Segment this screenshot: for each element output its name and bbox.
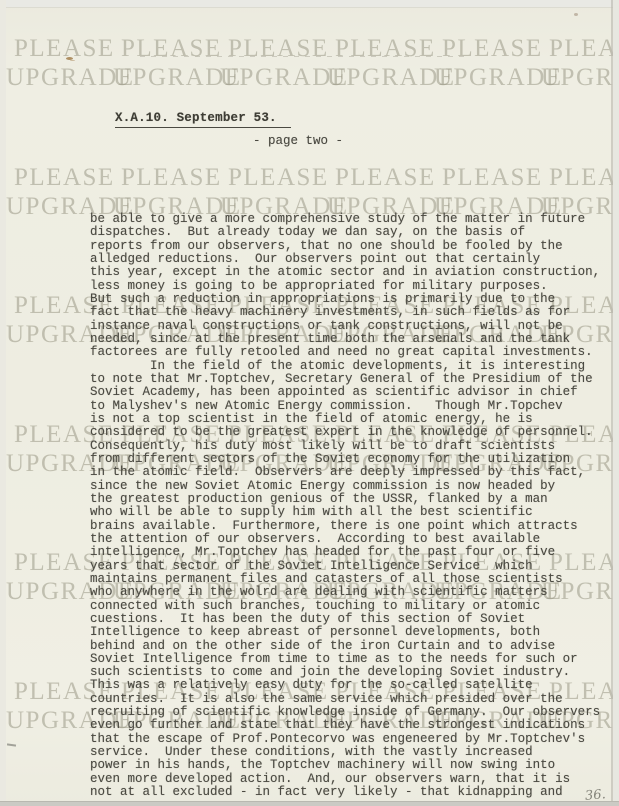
scan-edge-top bbox=[0, 0, 619, 8]
watermark-word-please: PLEASE bbox=[228, 36, 329, 61]
paper-stain bbox=[66, 57, 73, 60]
scan-edge-right bbox=[613, 0, 619, 806]
watermark-word-please: PLEASE bbox=[442, 36, 543, 61]
page-number-label: - page two - bbox=[253, 134, 343, 148]
watermark-word-please: PLEASE bbox=[549, 36, 619, 61]
doc-reference-heading: X.A.10. September 53. bbox=[115, 111, 291, 128]
watermark-word-please: PLEASE bbox=[228, 165, 329, 190]
scan-edge-bottom bbox=[0, 801, 619, 806]
document-body-text: be able to give a more comprehensive stu… bbox=[90, 213, 600, 799]
paper-speck bbox=[574, 13, 578, 16]
document-page: PLEASEUPGRADEPLEASEUPGRADEPLEASEUPGRADEP… bbox=[0, 0, 619, 806]
watermark-word-please: PLEASE bbox=[549, 165, 619, 190]
watermark-word-please: PLEASE bbox=[335, 165, 436, 190]
watermark-word-please: PLEASE bbox=[14, 36, 115, 61]
watermark-word-please: PLEASE bbox=[335, 36, 436, 61]
scan-edge-left bbox=[0, 0, 6, 806]
watermark-word-please: PLEASE bbox=[121, 36, 222, 61]
watermark-word-upgrade: UPGRADE bbox=[541, 65, 619, 90]
paper-crease bbox=[140, 56, 470, 57]
watermark-word-please: PLEASE bbox=[121, 165, 222, 190]
watermark-word-please: PLEASE bbox=[14, 165, 115, 190]
watermark-word-please: PLEASE bbox=[442, 165, 543, 190]
